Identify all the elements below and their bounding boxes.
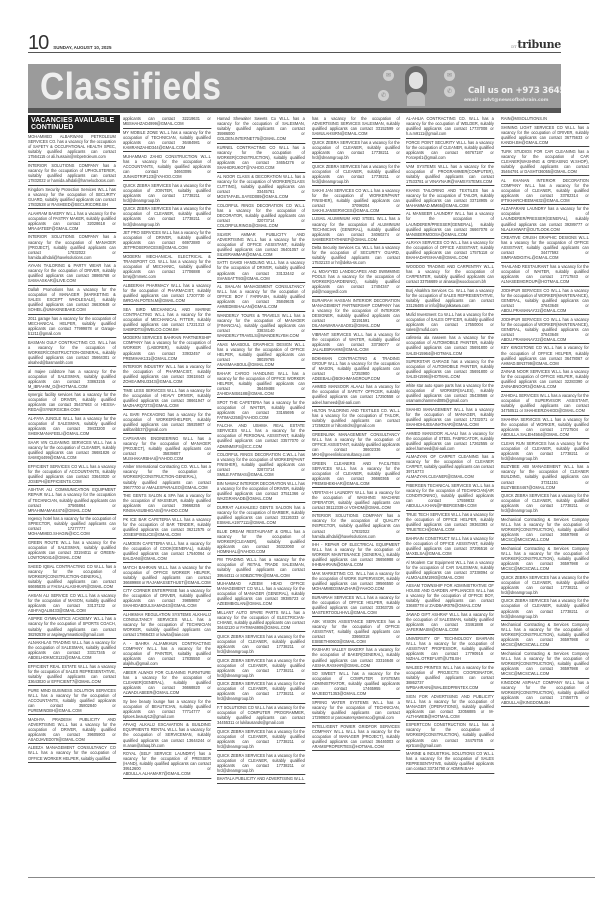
classified-ad: A - BAHRA ALJAMKHUN CONTRACTING COMPANY … — [123, 640, 211, 669]
classified-ad: MY MOBILE ZONE W.L.L has a vacancy for t… — [123, 129, 211, 153]
classified-ad: ALAHRAM BAKERY W.L.L has a vacancy for t… — [28, 209, 116, 233]
classified-ad: EXPERTCON CONSTRUCTION W.L.L has a vacan… — [406, 721, 494, 750]
bottom-rule — [28, 877, 595, 878]
classified-ad: KHANS TAILORING AND TEXTILES has a vacan… — [406, 186, 494, 210]
classified-ad: AL-FAYA JUNGLE W.L.L has a vacancy for t… — [28, 415, 116, 439]
classified-ad: AYAAN TAILORING & PARTY WEAR has a vacan… — [28, 262, 116, 286]
email-text: email : advt@newsofbahrain.com — [464, 98, 548, 103]
classified-ad: ALRAYA SERVICES CO W.L.L has a vacancy f… — [406, 239, 494, 263]
classified-ad: QUICK ZEBRA SERVICES has a vacancy for t… — [312, 139, 400, 163]
classified-ad: QUICK ZEBRA SERVICES has a vacancy for t… — [217, 751, 305, 775]
classified-ad: Mechanical Contracting & Services Compan… — [501, 545, 589, 574]
classified-ad: ALEEZA MANAGEMENT CONSULTANCY CO W.L.L h… — [28, 744, 116, 763]
classified-ad: BIN NAWAZ INTERIOR DECORATION W.L.L has … — [217, 480, 305, 504]
classified-ad: SAAR VIN CLEANING SERVICES W.L.L has a v… — [28, 439, 116, 463]
classified-ad: WANDERLY TOURS & TRAVELS W.L.L has a vac… — [217, 312, 305, 341]
classified-ad: Mechanical Contracting & Services Compan… — [501, 621, 589, 650]
classified-ad: SPRING WATER SYSTEMS W.L.L has a vacancy… — [312, 699, 400, 723]
classified-ad: QUICK ZEBRA SERVICES has a vacancy for t… — [501, 597, 589, 621]
column-5: AL-AHLIA CONTRACTING CO. W.L.L has a vac… — [406, 115, 498, 878]
classified-ad: GREEN ROUTE W.L.L has a vacancy for the … — [28, 539, 116, 563]
classified-ad: Dallah Promotions has a vacancy for the … — [28, 286, 116, 315]
classified-ad: CLEAN RUN SERVICES has a vacancy for the… — [501, 439, 589, 463]
classifieds-banner: Classifieds ✉ ✆ ✉ ✆ Call us on +973 3645… — [28, 64, 561, 113]
logo-text: tribune — [517, 38, 561, 51]
envelope-icon: ✉ — [383, 70, 394, 81]
classified-ad: JODHPUR SERVICES CO W.L.L has a vacancy … — [501, 287, 589, 316]
classified-ad: ALMOEIN CAFETERIA W.L.L has a vacancy fo… — [123, 539, 211, 563]
classified-ad: Kingdom Security Protection Services W.L… — [28, 186, 116, 210]
classified-ad: MILLANT AUTO SPARE PARTS W.L.L has a vac… — [217, 609, 305, 633]
classified-ad: KEY KINGSTONE CO W.L.L has a vacancy for… — [501, 344, 589, 368]
classified-ad: ASSAM TOWNSHIP FOR ADMINISTRATIVE OF HOU… — [406, 582, 494, 611]
classified-ad: COLORFUL RINGS DECORATION CO W.L.L has a… — [217, 201, 305, 230]
classified-ad: BAHRAIN CONSTRUCT W.L.L has a vacancy fo… — [406, 534, 494, 558]
banner-title: Classifieds — [40, 66, 221, 109]
classified-ad: BASMAN GULF CONTRACTING CO. W.L.L has a … — [28, 338, 116, 367]
classified-ad: BAHAR CARGO HANDLING W.L.L has a vacancy… — [217, 369, 305, 398]
classified-ad: JAWAD GIFT ASHRAF W.L.L has a vacancy fo… — [406, 611, 494, 635]
classified-ad: AL SHALAN MANAGEMENT CONSULTANCY W.L.L h… — [217, 283, 305, 312]
classified-ad: JET PRO SERVICES W.L.L has a vacancy for… — [123, 229, 211, 253]
classified-ad: FIBERGEN TECHNICAL SERVICES W.L.L has a … — [406, 482, 494, 511]
classified-ad: AHMED MANSOOR ALAALI has a vacancy for t… — [312, 383, 400, 407]
classified-ad: SHAHID MANAGEMENT W.L.L has a vacancy fo… — [406, 405, 494, 429]
classified-ad: MADHYA PRADESH PUBLICITY AND ADVERTISING… — [28, 715, 116, 744]
classified-ad: LUSAIL ALUMINIUM AND STEEL W.L.L has a v… — [312, 215, 400, 244]
classified-ad: WOODOO TRADING AND CARPENTRY W.L.L has a… — [406, 263, 494, 287]
classified-ad: ZAHIDAL SERVICES W.L.L has a vacancy for… — [501, 392, 589, 416]
classified-ad: THAILAND RESTAURANT has a vacancy for th… — [501, 263, 589, 287]
classified-ad: AL MOAYYED LANDSCAPES AND SWIMMING POOLS… — [312, 268, 400, 297]
classified-ad: INTELLIGENT POWER GRIDFOR SERVICES COMPA… — [312, 723, 400, 752]
classified-ad: MOHAMMED ALBARWANI PETROLEUM SERVICES CO… — [28, 133, 116, 162]
classified-ad: AFAAQ ALKALIJ EXCAVATION & BUILDING EQUI… — [123, 721, 211, 750]
classified-ad: SATTI GAHDI HANDLING W.L.L has a vacancy… — [217, 259, 305, 283]
classified-ad: ROYAL (SELF SERVICE LAUNDRY) has a vacan… — [123, 750, 211, 779]
column-6: RAIN@MISOLUTIONS.INSHINING LIGHT SERVICE… — [501, 115, 593, 878]
classified-ad: ALNAKHLAS TRADING W.L.L has a vacancy fo… — [28, 639, 116, 663]
classified-ad: ASPIRE GYMNASTICS ACADEMY W.L.L has a va… — [28, 615, 116, 639]
phone-icon: ✆ — [444, 86, 455, 97]
classified-ad: Amber International Contracting CO. W.L.… — [123, 463, 211, 492]
classified-ad: THE GENTS SALON & SPA has a vacancy for … — [123, 492, 211, 516]
phone-icon: ✆ — [378, 90, 389, 101]
classified-ad: Mufid Investment Co W.L.L has a vacancy … — [406, 310, 494, 334]
classified-ad: FORCE POINT SECURITY W.L.L has a vacancy… — [406, 139, 494, 163]
classified-ad: ALBEERAH PHARMACY W.L.L has a vacancy fo… — [123, 281, 211, 305]
classified-ad: RAIN@MISOLUTIONS.IN — [501, 115, 589, 124]
classified-ad: SO SWEET W.L.L has a vacancy for the occ… — [312, 670, 400, 699]
classified-ad: SAKHI JAN SERVICES CO W.L.L has a vacanc… — [312, 186, 400, 215]
mascot-illustration — [405, 66, 427, 108]
classified-ad: SAEED IQBAL CONTRACTING CO W.L.L has a v… — [28, 563, 116, 592]
classified-ad: PURE MIND BUSINESS SOLUTION SERVICES W.L… — [28, 686, 116, 715]
page-header-right: DTtribune — [281, 36, 561, 53]
classified-ad: VAM SYSTEMS W.L.L has a vacancy for the … — [406, 163, 494, 187]
classified-ad: has a vacancy for the occupation of ADVE… — [312, 115, 400, 139]
classified-ad: Burj Alsakhra Services Co. W.L.L has a v… — [406, 287, 494, 311]
classified-ad: Sy bee beauty lounge has a vacancy for t… — [123, 697, 211, 721]
classified-ad: EFFICIENT REAL ESTATE W.L.L has a vacanc… — [28, 663, 116, 687]
envelope-icon: ✉ — [444, 70, 455, 81]
classified-ad: HILTON TAILORING AND TEXTILES CO. W.L.L … — [312, 407, 400, 431]
classified-ad: MODERN SERVICES BAHRAIN PARTNERSHIP COMP… — [123, 334, 211, 363]
classified-ad: AHSAN ALI SERVICE CO W.L.L has a vacancy… — [28, 591, 116, 615]
classified-ad: SILVER AMMAR PUBLICITY AND ADVERTISING W… — [217, 230, 305, 259]
classified-ad: AHMED MANSOOR ALAALI has a vacancy for t… — [406, 429, 494, 453]
classified-ad: cafeteria ala naseem has a vacancy for t… — [406, 334, 494, 358]
classified-ad: QUICK ZEBRA SERVICES has a vacancy for t… — [217, 632, 305, 656]
classified-ad: KINGDOM ASPHALT COMPANY W.L.L has a vaca… — [501, 679, 589, 708]
classified-ad: INTERIOR SOLUTIONS COMPANY has a vacancy… — [28, 162, 116, 186]
logo-prefix: DT — [511, 44, 516, 49]
classified-ad: AL BARI PACKAGING has a vacancy for the … — [123, 410, 211, 434]
classified-ad: JODHPUR SERVICES CO W.L.L has a vacancy … — [501, 315, 589, 344]
classified-ad: ALZAFARANI LAUNDRY has a vacancy for the… — [501, 205, 589, 234]
classified-ad: BURAIRAH HASSAN INTERIOR DECORATION MANA… — [312, 297, 400, 331]
classified-ad: CITY CORNER ENTERPRISE has a vacancy for… — [123, 587, 211, 611]
classified-ad: VERITAS-H LAUNDRY W.L.L has a vacancy fo… — [312, 488, 400, 512]
classified-ad: Mechanical Contracting & Services Compan… — [501, 516, 589, 545]
classified-ad: ALMAZYAN OF CARPET CLEANING has a vacanc… — [406, 453, 494, 482]
classified-ad: MAK MARKETING CO. W.L.L has a vacancy fo… — [312, 570, 400, 594]
classified-ad: UNIVERSITY OF TECHNOLOGY BAHRAIN W.L.L h… — [406, 635, 494, 664]
classified-ad: RASHARI VALLEY BAKERY has a vacancy for … — [312, 646, 400, 670]
classified-ad: QUICK ZEBRA SERVICES has a vacancy for t… — [312, 163, 400, 187]
classified-ad: al majee coldstore has a vacancy for the… — [28, 367, 116, 391]
classified-ad: INTERIOR SOLUTIONS COMPANY has a vacancy… — [312, 512, 400, 541]
classified-ad: MUHAMMAD AZEEM HEAD OFFICE MANAGEMENT CO… — [217, 580, 305, 609]
classified-ad: CREATIVE CRUSH GRAPHIC DESIGNS W.L.L has… — [501, 234, 589, 263]
classified-ad: BOKHMAN CONTRACTING & TRADING GROUP W.L.… — [312, 354, 400, 383]
classified-ad: SHINING LIGHT SERVICES CO W.L.L has a va… — [501, 124, 589, 148]
column-3: Hamad Shewaiter Sweets Co W.L.L has a va… — [217, 115, 309, 878]
classified-ad: FALCHA AND USHMA REAL ESTATE SERVICES W.… — [217, 422, 305, 451]
section-heading: VACANCIES AVAILABLE CONTINUED — [28, 115, 120, 133]
classified-ad: QUICK ZEBRA SERVICES has a vacancy for t… — [123, 205, 211, 229]
classified-ad: GREENLINK MANAGEMENT CONSULTANCY W.L.L h… — [312, 431, 400, 460]
classified-ad: Hamad Shewaiter Sweets Co W.L.L has a va… — [217, 115, 305, 144]
classified-ad: WALEED PRINTEX W.L.L has a vacancy for t… — [406, 663, 494, 692]
classified-ad: Mechanical Contracting & Services Compan… — [501, 650, 589, 679]
classified-ad: VIBRANT SERVICES W.L.L has a vacancy for… — [312, 330, 400, 354]
page-number: 10 — [28, 35, 48, 52]
classified-ad: IHH - REPAIR OF ELECTRICAL EQUIPMENT W.L… — [312, 541, 400, 570]
classified-ad: QUICK ZEBRA SERVICES has a vacancy for t… — [217, 728, 305, 752]
classified-ad: BUZYBEE ABI MANAGEMENT W.L.L has a vacan… — [501, 463, 589, 492]
classified-ad: CAPSARAIN ENGINEERING W.L.L has a vacanc… — [123, 434, 211, 463]
classified-ad: F.T SOLUTIONS CO W.L.L has a vacancy for… — [217, 704, 305, 728]
classified-ad: QUICK ZEBRA SERVICES has a vacancy for t… — [123, 181, 211, 205]
classified-ad: COLORFUL RINGS DECORATION C.W.L.L has a … — [217, 451, 305, 480]
classified-ad: MARINE & INDUSTRIAL SOLUTIONS CO W.L.L h… — [406, 750, 494, 774]
classified-ad: SIGN FOR ADVERTISING AND PUBLICITY W.L.L… — [406, 692, 494, 721]
classified-ad: ASK VISION ASSISTANCE SERVICES has a vac… — [312, 617, 400, 646]
classified-ad: BLUE DREAM RESTAURANT & GRILL has a vaca… — [217, 527, 305, 556]
classified-ad: MUHAMMAD ZAHID CONSTRUCTION W.L.L has a … — [123, 152, 211, 181]
call-us-text: Call us on +973 36458394 — [468, 86, 561, 96]
classified-ad: MATCH BAHRAIN W.L.L has a vacancy for th… — [123, 563, 211, 587]
column-4: has a vacancy for the occupation of ADVE… — [312, 115, 404, 878]
classified-ad: AL KHANAN INTERIOR DECORATION COMPANY W.… — [501, 176, 589, 205]
classified-ad: ZAINAB NOOR SERVICES W.L.L has a vacancy… — [501, 368, 589, 392]
classified-ad: QUICK ZEBRA SERVICES has a vacancy for t… — [501, 573, 589, 597]
classified-ad: regency hotel has a vacancy for the occu… — [28, 515, 116, 539]
classifieds-columns: VACANCIES AVAILABLE CONTINUED MOHAMMED A… — [28, 115, 595, 878]
classified-ad: KURNEL CONTRACTING CO W.L.L has a vacanc… — [217, 144, 305, 173]
classified-ad: INTERIOR INDUSTRY W.L.L has a vacancy fo… — [123, 363, 211, 387]
classified-ad: PK ICE BAR CAFETERIA W.L.L has a vacancy… — [123, 516, 211, 540]
tribune-logo: DTtribune — [511, 38, 561, 51]
classified-ad: INTERIOR SOLUTIONS COMPANY has a vacancy… — [28, 233, 116, 262]
classified-ad: MODERN MECHANICAL ELECTRICAL & TRANSPORT… — [123, 253, 211, 282]
classified-ad: TIME LESS SERVICES W.L.L has a vacancy f… — [123, 387, 211, 411]
classified-ad: synergic facility services has a vacancy… — [28, 391, 116, 415]
classified-ad: EFFICIENT SERVICES CO W.L.L has a vacanc… — [28, 462, 116, 486]
classified-ad: TURK STUDIOS FOR CAR CLEANING has a vaca… — [501, 147, 589, 176]
classified-ad: SEA BIRD MECHANICAL AND MARINE CONTRACTI… — [123, 305, 211, 334]
column-2: applicants can contact 32219631 or MBSHA… — [123, 115, 215, 878]
issue-date: SUNDAY, AUGUST 10, 2025 — [53, 45, 111, 50]
page-header: 10 SUNDAY, AUGUST 10, 2025 — [28, 36, 281, 53]
classified-ad: FM TRADING W.L.L has a vacancy for the o… — [217, 556, 305, 580]
classified-ad: AL-AHLIA CONTRACTING CO. W.L.L has a vac… — [406, 115, 494, 139]
classified-ad: QUICK ZEBRA SERVICES has a vacancy for t… — [501, 492, 589, 516]
classified-ad: QUICK ZEBRA SERVICES has a vacancy for t… — [217, 656, 305, 680]
classified-ad: QUICK ZEBRA SERVICES has a vacancy for t… — [217, 680, 305, 704]
classified-ad: ANAS MAABOUL GRAPHICS DESIGN W.L.L has a… — [217, 341, 305, 370]
classified-ad: BURAIRAH SERVICES W.L.L has a vacancy fo… — [312, 594, 400, 618]
classified-ad: ASHTAR ALI COMMUNICATION EQUIPMENT REPAI… — [28, 486, 116, 515]
classified-ad: Al Moalem Car Equipment W.L.L has a vaca… — [406, 558, 494, 582]
classified-ad: SHAHINA SERVICES W.L.L has a vacancy for… — [501, 416, 589, 440]
classified-ad: SPOT THE CAFETERIA has a vacancy for the… — [217, 398, 305, 422]
column-1: VACANCIES AVAILABLE CONTINUED MOHAMMED A… — [28, 115, 120, 878]
classified-ad: TRUE TECH SERVICES W.L.L has a vacancy f… — [406, 511, 494, 535]
classified-ad: AL NOOR CLASS & DECORATION W.L.L has a v… — [217, 173, 305, 202]
classified-ad: AL MANSEER LAUNDRY W.L.L has a vacancy f… — [406, 210, 494, 239]
classified-ad: DURRAT ALKHALEEJ GENTS SALOON has a vaca… — [217, 503, 305, 527]
classified-ad: BHATALA PUBLICITY AND ADVERTISING W.L.L — [217, 775, 305, 784]
classified-ad: white star auto spare parts has a vacanc… — [406, 382, 494, 406]
classified-ad: ABEER ALWADI FOR CLEANING FURNITURE has … — [123, 668, 211, 697]
classified-ad: ALHIKMAH REGULATION SYSTEMS ALKHALIJ CON… — [123, 611, 211, 640]
classified-ad: Delta Security Services Co. W.L.L has a … — [312, 244, 400, 268]
banner-bottom-bar — [28, 108, 561, 113]
classified-ad: applicants can contact 32219631 or MBSHA… — [123, 115, 211, 129]
classified-ad: 2011 garage has a vacancy for the occupa… — [28, 315, 116, 339]
classified-ad: SUPERSTAR GARAGE has a vacancy for the o… — [406, 358, 494, 382]
classified-ad: GREEN CLEANERS AND FACILITIES SERVICES W… — [312, 459, 400, 488]
